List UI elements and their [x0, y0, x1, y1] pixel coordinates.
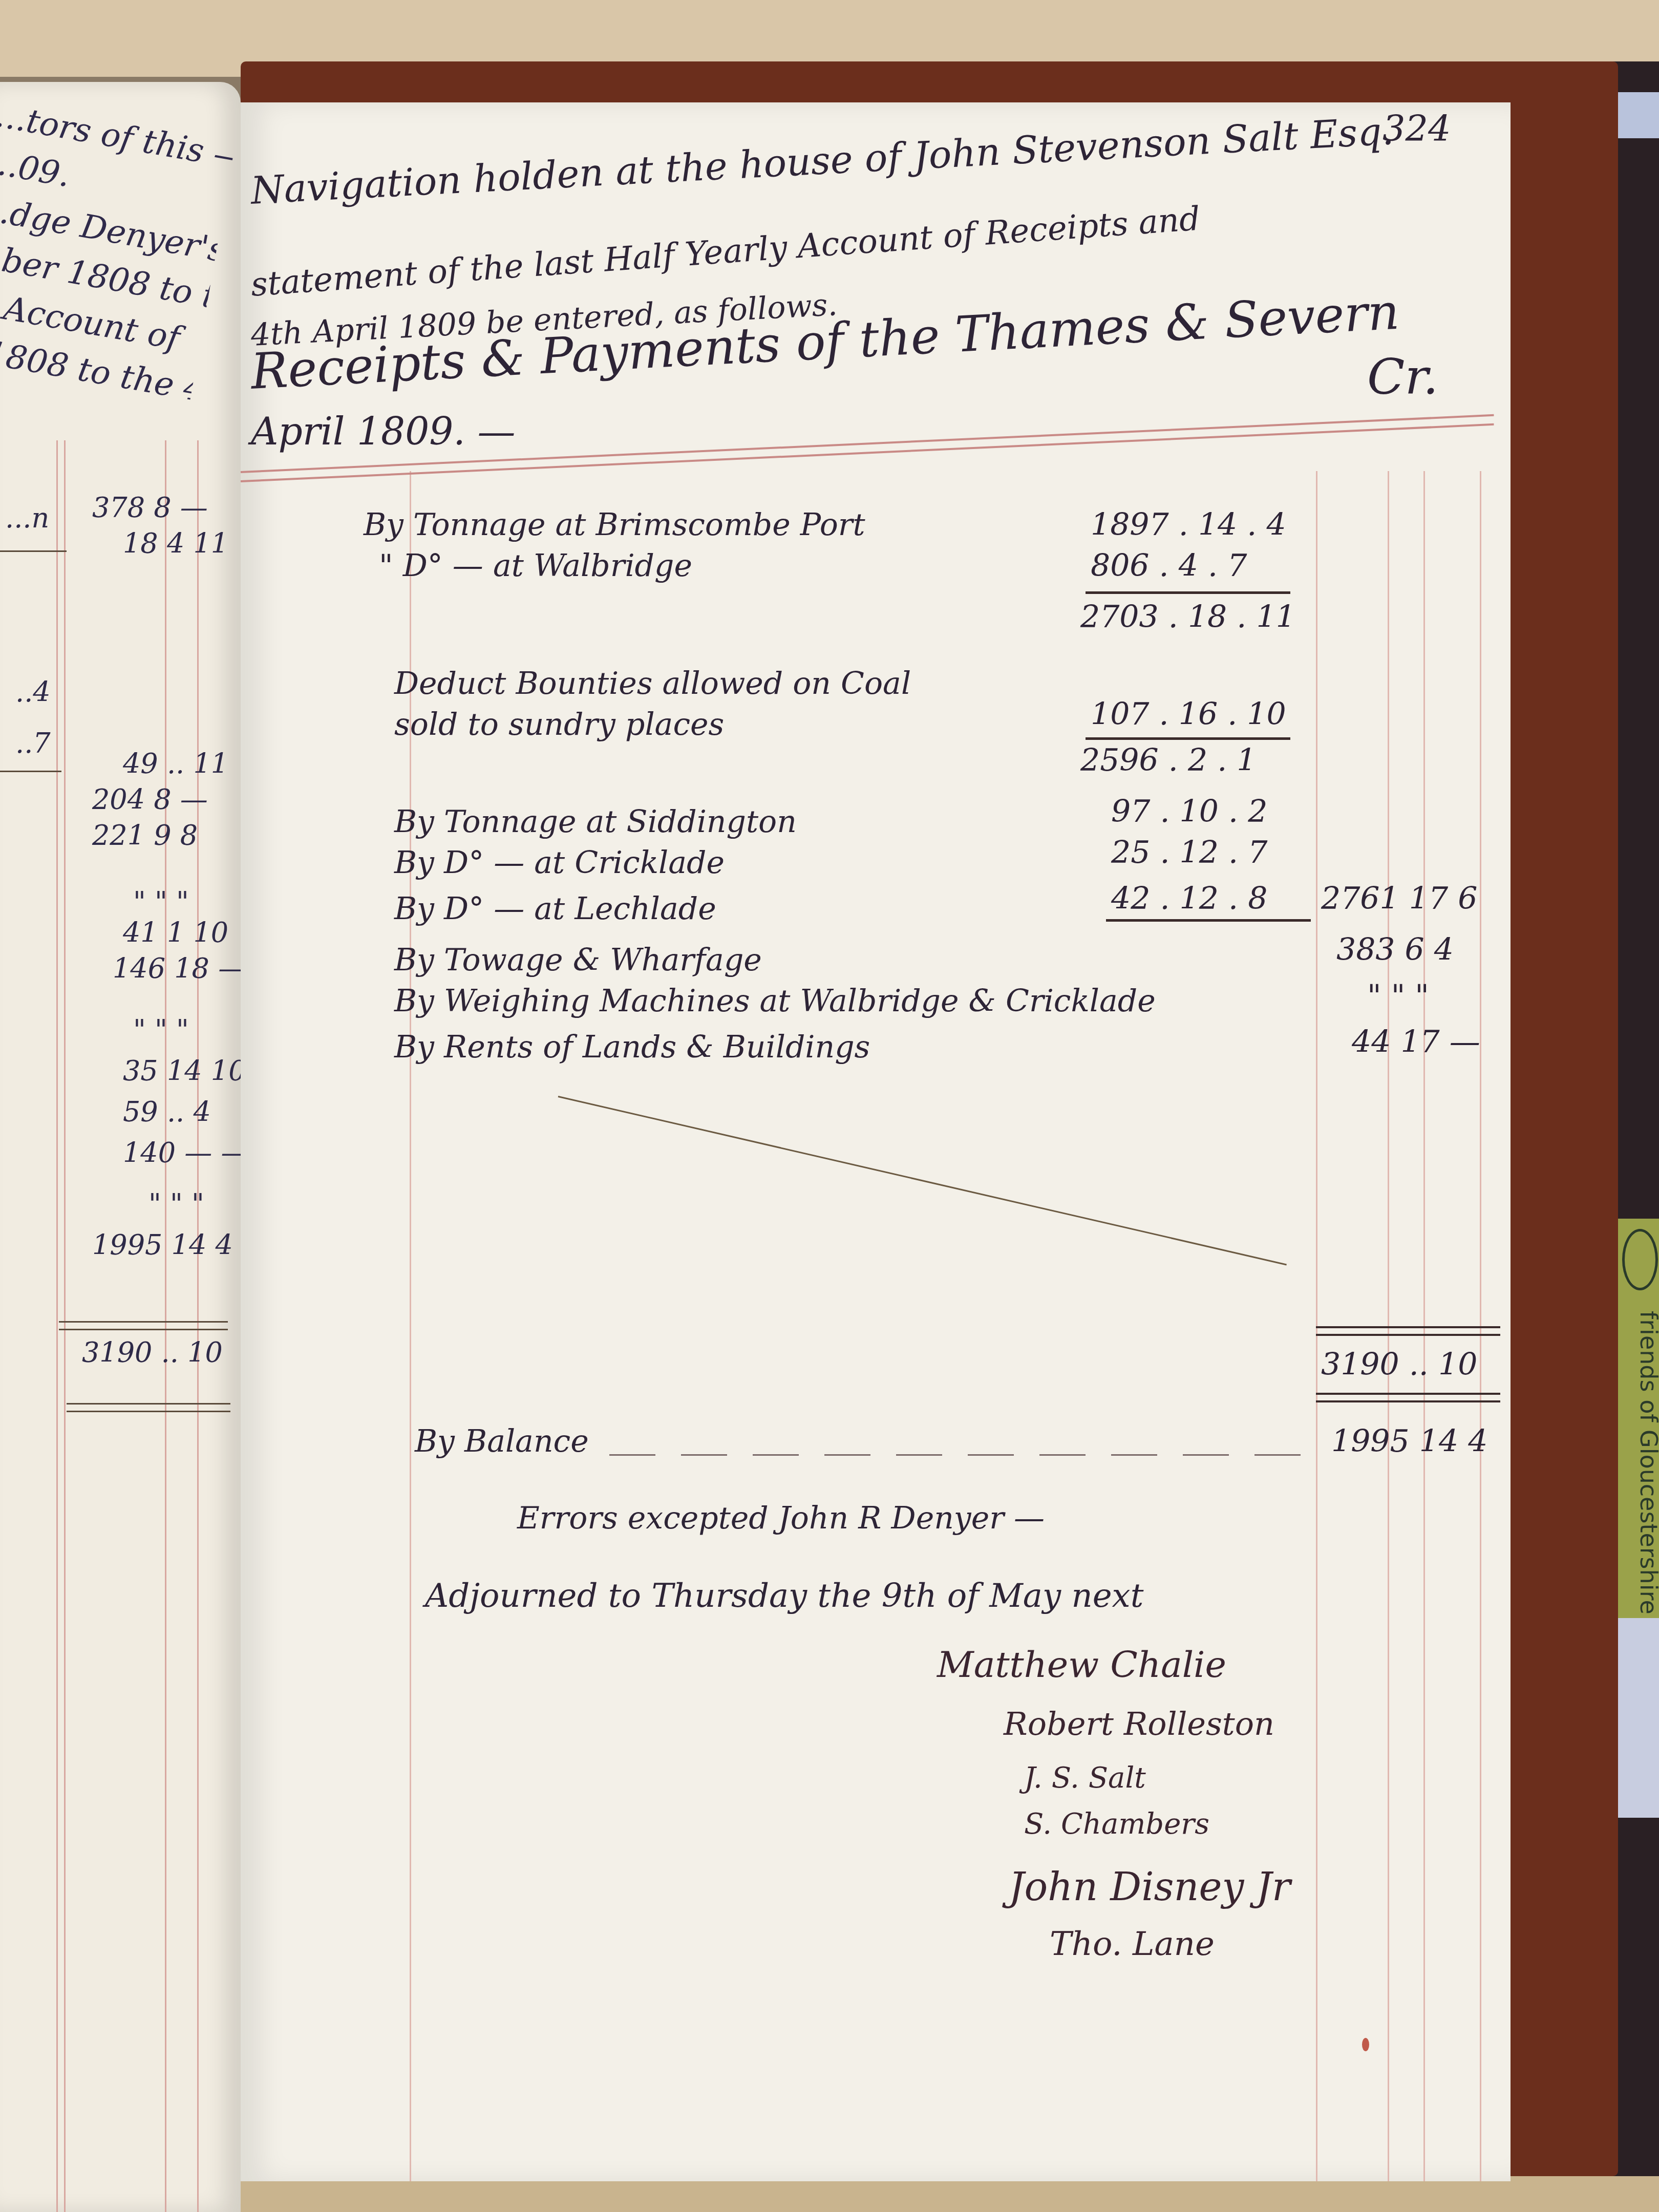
- sticker-line-1: friends of: [1635, 1311, 1659, 1422]
- entry-label: " D° — at Walbridge: [379, 548, 692, 584]
- left-page: ...tors of this — ...09. ...dge Denyer's…: [0, 82, 241, 2212]
- grand-total-rule: [1316, 1400, 1500, 1402]
- cancel-diagonal-line: [558, 1096, 1287, 1265]
- ruling-line: [56, 440, 58, 2212]
- grand-total-rule: [1316, 1334, 1500, 1336]
- left-page-total: 3190 .. 10: [82, 1336, 223, 1369]
- entry-amount: 1897 . 14 . 4: [1091, 507, 1286, 543]
- entry-amount: 97 . 10 . 2: [1111, 794, 1267, 829]
- grand-total-rule: [1316, 1393, 1500, 1395]
- column-total: " " ": [1367, 978, 1429, 1014]
- ruling-line: [64, 440, 66, 2212]
- column-total: 44 17 —: [1352, 1024, 1480, 1060]
- table-surface-bottom: [0, 2176, 1659, 2212]
- left-page-heading: ...tors of this — ...09. ...dge Denyer's…: [0, 92, 237, 412]
- entry-label: By Rents of Lands & Buildings: [394, 1029, 870, 1065]
- total-rule: [67, 1411, 230, 1412]
- account-date: April 1809. —: [251, 410, 515, 454]
- entry-amount: 25 . 12 . 7: [1111, 835, 1267, 870]
- credit-marker: Cr.: [1367, 348, 1438, 406]
- signature: Robert Rolleston: [1004, 1705, 1274, 1742]
- entry-label: Deduct Bounties allowed on Coal: [394, 666, 911, 701]
- signature: Tho. Lane: [1050, 1925, 1215, 1963]
- row-rule: [0, 550, 67, 552]
- total-rule: [67, 1403, 230, 1405]
- entry-amount: 42 . 12 . 8: [1111, 881, 1267, 917]
- leader-dashes: [609, 1454, 1306, 1456]
- total-rule: [59, 1321, 228, 1323]
- entry-label: By Towage & Wharfage: [394, 942, 762, 978]
- grand-total: 3190 .. 10: [1321, 1347, 1477, 1382]
- sticker-line-2: Gloucestershire: [1635, 1430, 1659, 1614]
- subtotal-rule: [1086, 591, 1290, 594]
- subtotal-amount: 2703 . 18 . 11: [1080, 599, 1295, 635]
- friends-of-gloucestershire-sticker: friends of Gloucestershire: [1618, 1219, 1659, 1618]
- left-label-fragment: ...n: [5, 502, 49, 534]
- subtotal-rule: [1086, 737, 1290, 740]
- row-rule: [0, 771, 61, 772]
- entry-label: sold to sundry places: [394, 707, 724, 742]
- entry-label: By D° — at Cricklade: [394, 845, 725, 881]
- left-amount-fragment: ..4: [15, 676, 51, 708]
- signature: S. Chambers: [1024, 1807, 1209, 1841]
- header-line-2: statement of the last Half Yearly Accoun…: [249, 200, 1201, 304]
- entry-label: By Tonnage at Siddington: [394, 804, 797, 840]
- errors-excepted-note: Errors excepted John R Denyer —: [517, 1500, 1045, 1536]
- entry-label: By Tonnage at Brimscombe Port: [364, 507, 865, 543]
- balance-label: By Balance: [415, 1423, 589, 1459]
- signature: Matthew Chalie: [937, 1644, 1226, 1686]
- grand-total-rule: [1316, 1326, 1500, 1328]
- adjournment-note: Adjourned to Thursday the 9th of May nex…: [425, 1577, 1143, 1615]
- total-rule: [59, 1329, 228, 1330]
- entry-amount: 107 . 16 . 10: [1091, 696, 1286, 732]
- right-page: 324 Navigation holden at the house of Jo…: [241, 102, 1511, 2181]
- header-line-1: Navigation holden at the house of John S…: [250, 109, 1395, 213]
- archive-logo-icon: [1622, 1229, 1658, 1290]
- ruling-line: [165, 440, 166, 2212]
- signature: John Disney Jr: [1009, 1864, 1290, 1909]
- signature: J. S. Salt: [1024, 1761, 1146, 1795]
- entry-amount: 806 . 4 . 7: [1091, 548, 1247, 584]
- entry-label: By D° — at Lechlade: [394, 891, 716, 927]
- ruling-line: [197, 440, 199, 2212]
- entry-label: By Weighing Machines at Walbridge & Cric…: [394, 983, 1156, 1019]
- left-amount-fragment: ..7: [15, 727, 51, 759]
- subtotal-amount: 2596 . 2 . 1: [1080, 742, 1256, 778]
- balance-amount: 1995 14 4: [1331, 1423, 1487, 1459]
- subtotal-rule: [1106, 919, 1311, 922]
- column-total: 2761 17 6: [1321, 881, 1477, 917]
- column-total: 383 6 4: [1336, 932, 1454, 968]
- ink-spot: [1362, 2038, 1369, 2051]
